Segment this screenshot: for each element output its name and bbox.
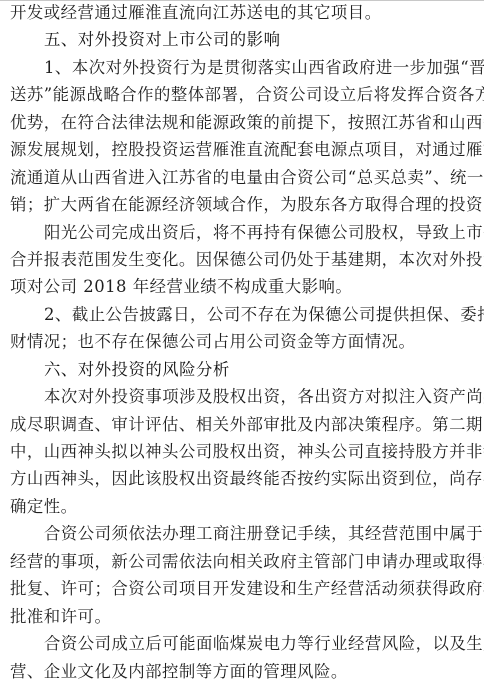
paragraph-line: 批准和许可。 bbox=[10, 603, 430, 630]
paragraph-line: 本次对外投资事项涉及股权出资，各出资方对拟注入资产尚须完 bbox=[10, 383, 430, 410]
section-heading-5: 五、对外投资对上市公司的影响 bbox=[10, 26, 430, 53]
paragraph-line: 阳光公司完成出资后，将不再持有保德公司股权，导致上市公司 bbox=[10, 219, 430, 246]
paragraph-line: 1、本次对外投资行为是贯彻落实山西省政府进一步加强“晋电 bbox=[10, 54, 430, 81]
paragraph-line: 开发或经营通过雁淮直流向江苏送电的其它项目。 bbox=[10, 0, 430, 26]
paragraph-line: 项对公司 2018 年经营业绩不构成重大影响。 bbox=[10, 273, 430, 300]
paragraph-line: 确定性。 bbox=[10, 493, 430, 520]
paragraph-line: 合资公司须依法办理工商注册登记手续，其经营范围中属于许可 bbox=[10, 520, 430, 547]
paragraph-line: 方山西神头，因此该股权出资最终能否按约实际出资到位，尚存在不 bbox=[10, 465, 430, 492]
section-heading-6: 六、对外投资的风险分析 bbox=[10, 356, 430, 383]
document-body: 开发或经营通过雁淮直流向江苏送电的其它项目。 五、对外投资对上市公司的影响 1、… bbox=[10, 0, 430, 685]
paragraph-line: 营、企业文化及内部控制等方面的管理风险。 bbox=[10, 658, 430, 685]
paragraph-line: 合资公司成立后可能面临煤炭电力等行业经营风险，以及生产运 bbox=[10, 630, 430, 657]
paragraph-line: 批复、许可；合资公司项目开发建设和生产经营活动须获得政府机关 bbox=[10, 575, 430, 602]
paragraph-line: 财情况；也不存在保德公司占用公司资金等方面情况。 bbox=[10, 328, 430, 355]
paragraph-line: 流通道从山西省进入江苏省的电量由合资公司“总买总卖”、统一供 bbox=[10, 164, 430, 191]
paragraph-line: 送苏”能源战略合作的整体部署，合资公司设立后将发挥合资各方的 bbox=[10, 81, 430, 108]
paragraph-line: 销；扩大两省在能源经济领域合作，为股东各方取得合理的投资回报。 bbox=[10, 191, 430, 218]
paragraph-line: 合并报表范围发生变化。因保德公司仍处于基建期，本次对外投资事 bbox=[10, 246, 430, 273]
paragraph-line: 2、截止公告披露日，公司不存在为保德公司提供担保、委托理 bbox=[10, 301, 430, 328]
paragraph-line: 优势，在符合法律法规和能源政策的前提下，按照江苏省和山西省能 bbox=[10, 109, 430, 136]
paragraph-line: 中，山西神头拟以神头公司股权出资，神头公司直接持股方并非签约 bbox=[10, 438, 430, 465]
paragraph-line: 经营的事项，新公司需依法向相关政府主管部门申请办理或取得相关 bbox=[10, 548, 430, 575]
paragraph-line: 成尽职调查、审计评估、相关外部审批及内部决策程序。第二期出资 bbox=[10, 411, 430, 438]
paragraph-line: 源发展规划，控股投资运营雁淮直流配套电源点项目，对通过雁淮直 bbox=[10, 136, 430, 163]
